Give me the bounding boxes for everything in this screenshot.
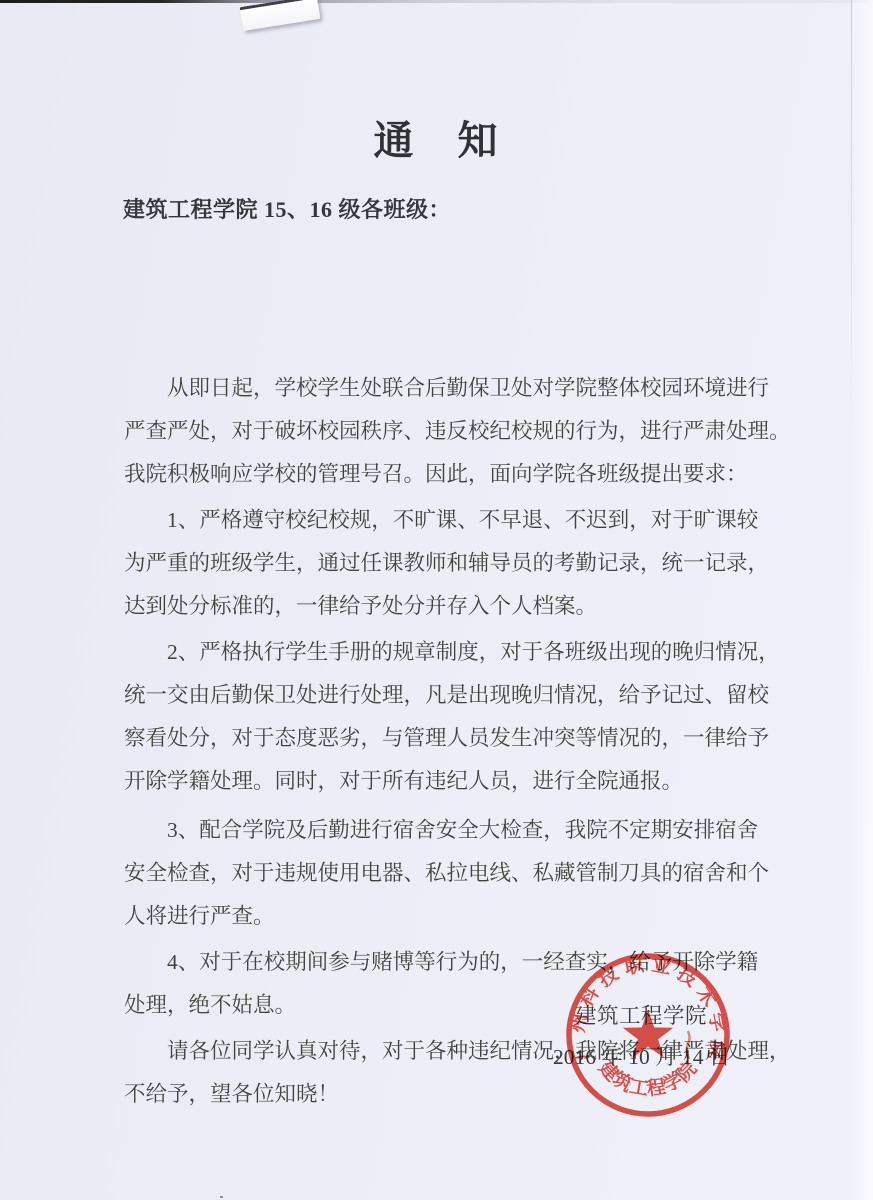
seal-bottom-text: 建筑工程学院 — [594, 1056, 701, 1100]
page-edge-crease — [851, 0, 852, 440]
paper-tab — [240, 0, 321, 31]
svg-text:建筑工程学院: 建筑工程学院 — [594, 1056, 701, 1100]
scanned-notice-page: 通 知 建筑工程学院 15、16 级各班级： 从即日起，学校学生处联合后勤保卫处… — [0, 0, 873, 1200]
seal-small-marks — [687, 1031, 690, 1059]
scan-edge-artifact — [0, 0, 873, 3]
notice-paragraph: 3、配合学院及后勤进行宿舍安全大检查，我院不定期安排宿舍 安全检查，对于违规使用… — [124, 809, 814, 938]
notice-paragraph: 2、严格执行学生手册的规章制度，对于各班级出现的晚归情况， 统一交由后勤保卫处进… — [124, 631, 814, 803]
notice-title: 通 知 — [0, 109, 873, 166]
seal-star — [623, 1010, 673, 1058]
addressee-line: 建筑工程学院 15、16 级各班级： — [123, 193, 451, 224]
page-edge-highlight — [849, 0, 873, 1200]
scan-speck — [220, 1196, 223, 1198]
notice-paragraph: 1、严格遵守校纪校规，不旷课、不早退、不迟到，对于旷课较 为严重的班级学生，通过… — [124, 499, 814, 628]
official-seal-stamp: 广州科技职业技术学院 建筑工程学院 — [563, 950, 733, 1120]
notice-paragraph: 从即日起，学校学生处联合后勤保卫处对学院整体校园环境进行 严查严处，对于破坏校园… — [124, 367, 814, 496]
